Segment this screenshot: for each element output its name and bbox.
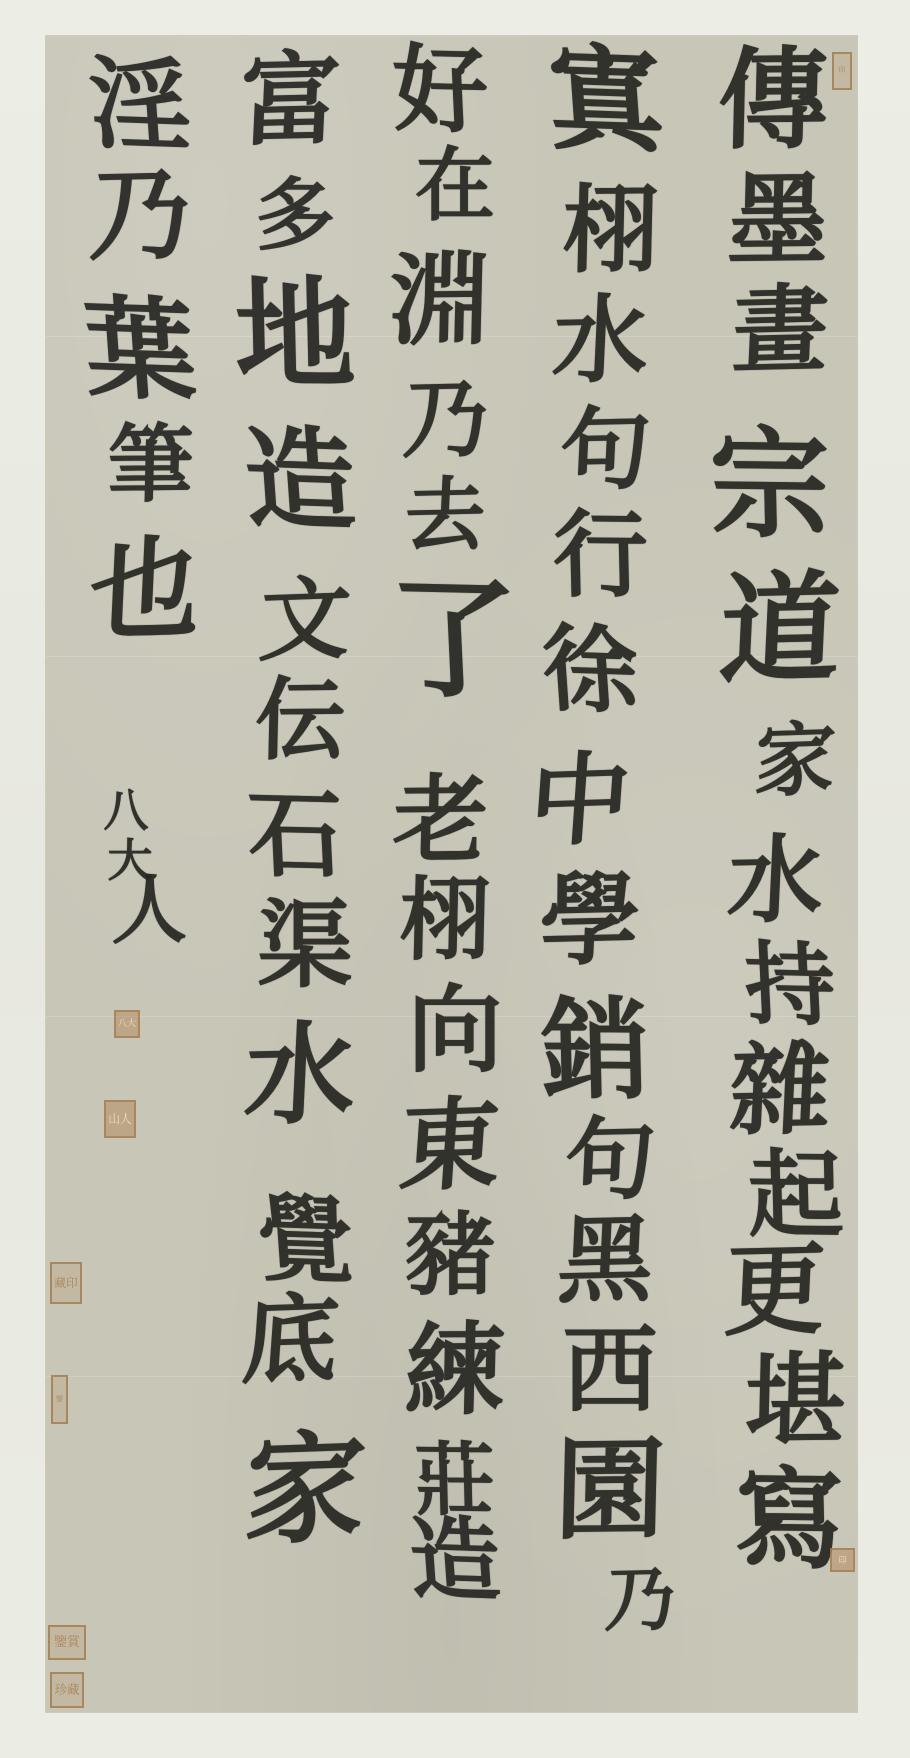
calligraphy-character: 中 [526, 748, 633, 851]
calligraphy-character: 老 [391, 772, 488, 868]
calligraphy-character: 地 [234, 274, 357, 395]
calligraphy-character: 淫 [86, 53, 193, 156]
seal-stamp: 印 [832, 52, 852, 90]
calligraphy-character: 銷 [539, 994, 652, 1105]
calligraphy-character: 堪 [744, 1349, 846, 1450]
seal-stamp: 鑒 [51, 1375, 68, 1424]
calligraphy-character: 水 [242, 1019, 357, 1132]
calligraphy-character: 也 [87, 534, 202, 647]
calligraphy-character: 起 [746, 1147, 843, 1243]
calligraphy-character: 雜 [728, 1039, 833, 1141]
calligraphy-character: 葉 [81, 293, 199, 407]
calligraphy-character: 學 [538, 869, 643, 971]
calligraphy-character: 了 [387, 574, 523, 707]
calligraphy-character: 伝 [254, 674, 346, 765]
calligraphy-character: 道 [717, 569, 843, 692]
seal-stamp: 印 [830, 1548, 855, 1572]
seal-stamp: 藏印 [50, 1262, 82, 1304]
calligraphy-character: 西 [563, 1323, 658, 1418]
calligraphy-character: 栩 [561, 182, 658, 278]
calligraphy-character: 家 [241, 1428, 370, 1552]
calligraphy-character: 家 [752, 719, 838, 802]
calligraphy-character: 句 [563, 1114, 657, 1206]
calligraphy-character: 傳 [717, 44, 830, 155]
calligraphy-character: 水 [725, 831, 825, 928]
calligraphy-character: 在 [415, 145, 495, 225]
calligraphy-character: 水 [550, 291, 650, 388]
calligraphy-character: 渠 [258, 898, 353, 993]
calligraphy-character: 園 [554, 1434, 667, 1545]
calligraphy-character: 石 [245, 786, 345, 883]
artist-signature-character: 人 [111, 872, 190, 949]
calligraphy-character: 造 [241, 423, 359, 537]
calligraphy-character: 乃 [603, 1564, 676, 1636]
calligraphy-character: 畫 [730, 281, 830, 378]
calligraphy-character: 練 [404, 1319, 506, 1420]
seal-stamp: 八大 [114, 1010, 140, 1038]
seal-stamp: 山人 [104, 1100, 136, 1138]
calligraphy-character: 徐 [539, 621, 641, 719]
calligraphy-character: 栩 [399, 874, 491, 965]
calligraphy-character: 好 [390, 41, 490, 138]
calligraphy-character: 乃 [88, 164, 193, 266]
calligraphy-character: 行 [551, 507, 648, 603]
calligraphy-character: 覺 [254, 1191, 356, 1289]
calligraphy-character: 東 [396, 1093, 503, 1196]
calligraphy-character: 淵 [389, 249, 491, 350]
seal-stamp: 鑒賞 [48, 1625, 86, 1660]
calligraphy-character: 豬 [405, 1210, 495, 1300]
calligraphy-character: 墨 [727, 169, 829, 270]
calligraphy-character: 乃 [400, 377, 489, 464]
calligraphy-character: 富 [238, 49, 343, 151]
artist-signature-character: 八 [102, 787, 148, 833]
calligraphy-character: 向 [408, 983, 503, 1078]
calligraphy-character: 文 [257, 573, 354, 666]
calligraphy-character: 底 [239, 1291, 341, 1389]
seal-stamp: 珍藏 [50, 1672, 84, 1708]
calligraphy-character: 筆 [106, 422, 193, 508]
calligraphy-character: 句 [558, 404, 652, 496]
calligraphy-character: 多 [254, 175, 336, 256]
calligraphy-character: 持 [743, 939, 837, 1031]
calligraphy-character: 宗 [709, 424, 832, 545]
calligraphy-character: 去 [403, 474, 487, 556]
calligraphy-character: 造 [407, 1513, 504, 1606]
calligraphy-character: 黑 [555, 1211, 655, 1308]
calligraphy-character: 寘 [543, 41, 666, 160]
calligraphy-character: 更 [723, 1239, 828, 1341]
